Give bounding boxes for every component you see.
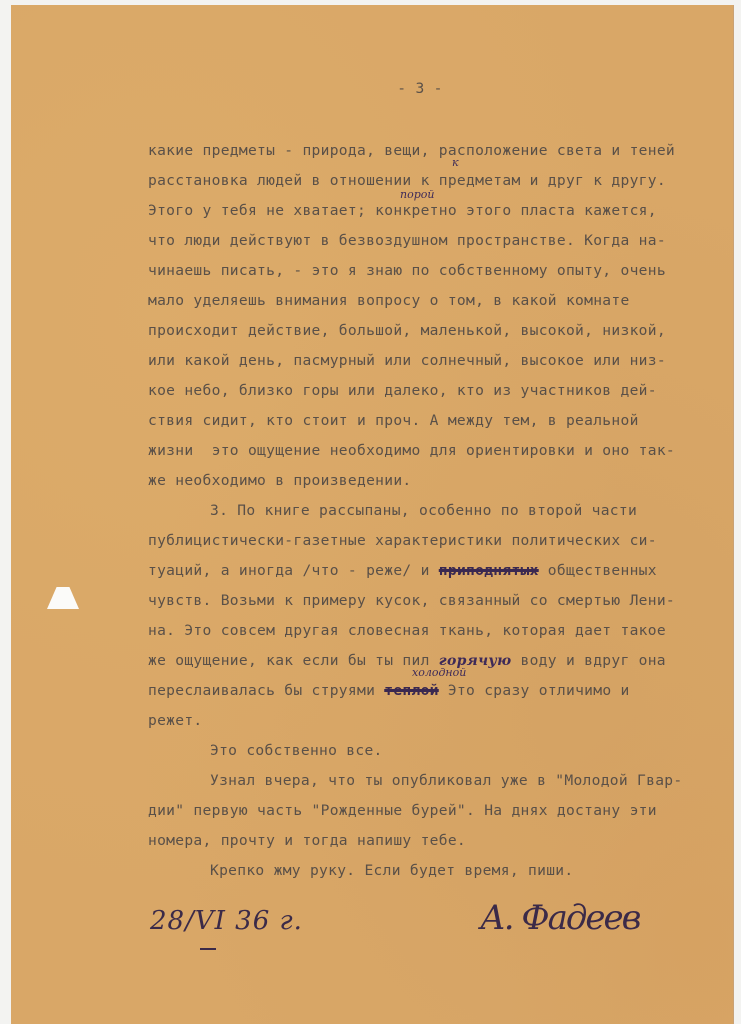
text-line-tail: общественных (539, 562, 657, 579)
text-line: чинаешь писать, - это я знаю по собствен… (148, 262, 666, 280)
text-line: Крепко жму руку. Если будет время, пиши. (148, 862, 573, 880)
text-line: жизни это ощущение необходимо для ориент… (148, 442, 675, 460)
text-line-content: Этого у тебя не хватает; конкретно этого… (148, 202, 657, 219)
text-line-tail: воду и вдруг она (511, 652, 665, 669)
text-line: 3. По книге рассыпаны, особенно по второ… (148, 502, 637, 520)
text-line: переслаивалась бы струями теплой Это сра… (148, 682, 630, 700)
text-line: что люди действуют в безвоздушном простр… (148, 232, 666, 250)
text-line: дии" первую часть "Рожденные бурей". На … (148, 802, 657, 820)
text-line: Это собственно все. (148, 742, 383, 760)
text-line: кое небо, близко горы или далеко, кто из… (148, 382, 657, 400)
page-number: - 3 - (390, 80, 450, 97)
text-line: или какой день, пасмурный или солнечный,… (148, 352, 666, 370)
handwritten-annotation: к (452, 156, 459, 169)
paper-tear (47, 587, 79, 609)
text-line: на. Это совсем другая словесная ткань, к… (148, 622, 666, 640)
struck-word: теплой (384, 682, 439, 699)
text-line: происходит действие, большой, маленькой,… (148, 322, 666, 340)
text-line-tail: Это сразу отличимо и (439, 682, 630, 699)
text-line-content: туаций, а иногда /что - реже/ и (148, 562, 430, 579)
text-line-content: же ощущение, как если бы ты пил (148, 652, 430, 669)
text-line: же ощущение, как если бы ты пил горячую … (148, 652, 666, 670)
handwritten-date: 28/VI 36 г. (150, 906, 303, 936)
handwritten-annotation: холодной (412, 666, 466, 679)
date-underline (200, 948, 216, 950)
text-line: Узнал вчера, что ты опубликовал уже в "М… (148, 772, 682, 790)
text-line: же необходимо в произведении. (148, 472, 412, 490)
text-line: мало уделяешь внимания вопросу о том, в … (148, 292, 630, 310)
signature: А. Фадеев (480, 898, 639, 938)
text-line: туаций, а иногда /что - реже/ и приподня… (148, 562, 657, 580)
text-line: номера, прочту и тогда напишу тебе. (148, 832, 466, 850)
text-line: какие предметы - природа, вещи, располож… (148, 142, 675, 160)
handwritten-annotation: порой (400, 188, 434, 201)
text-line: Этого у тебя не хватает; конкретно этого… (148, 202, 657, 220)
text-line-content: переслаивалась бы струями (148, 682, 375, 699)
struck-word: приподнятых (439, 562, 539, 579)
text-line: чувств. Возьми к примеру кусок, связанны… (148, 592, 675, 610)
text-line: публицистически-газетные характеристики … (148, 532, 657, 550)
text-line: режет. (148, 712, 203, 730)
text-line: ствия сидит, кто стоит и проч. А между т… (148, 412, 639, 430)
